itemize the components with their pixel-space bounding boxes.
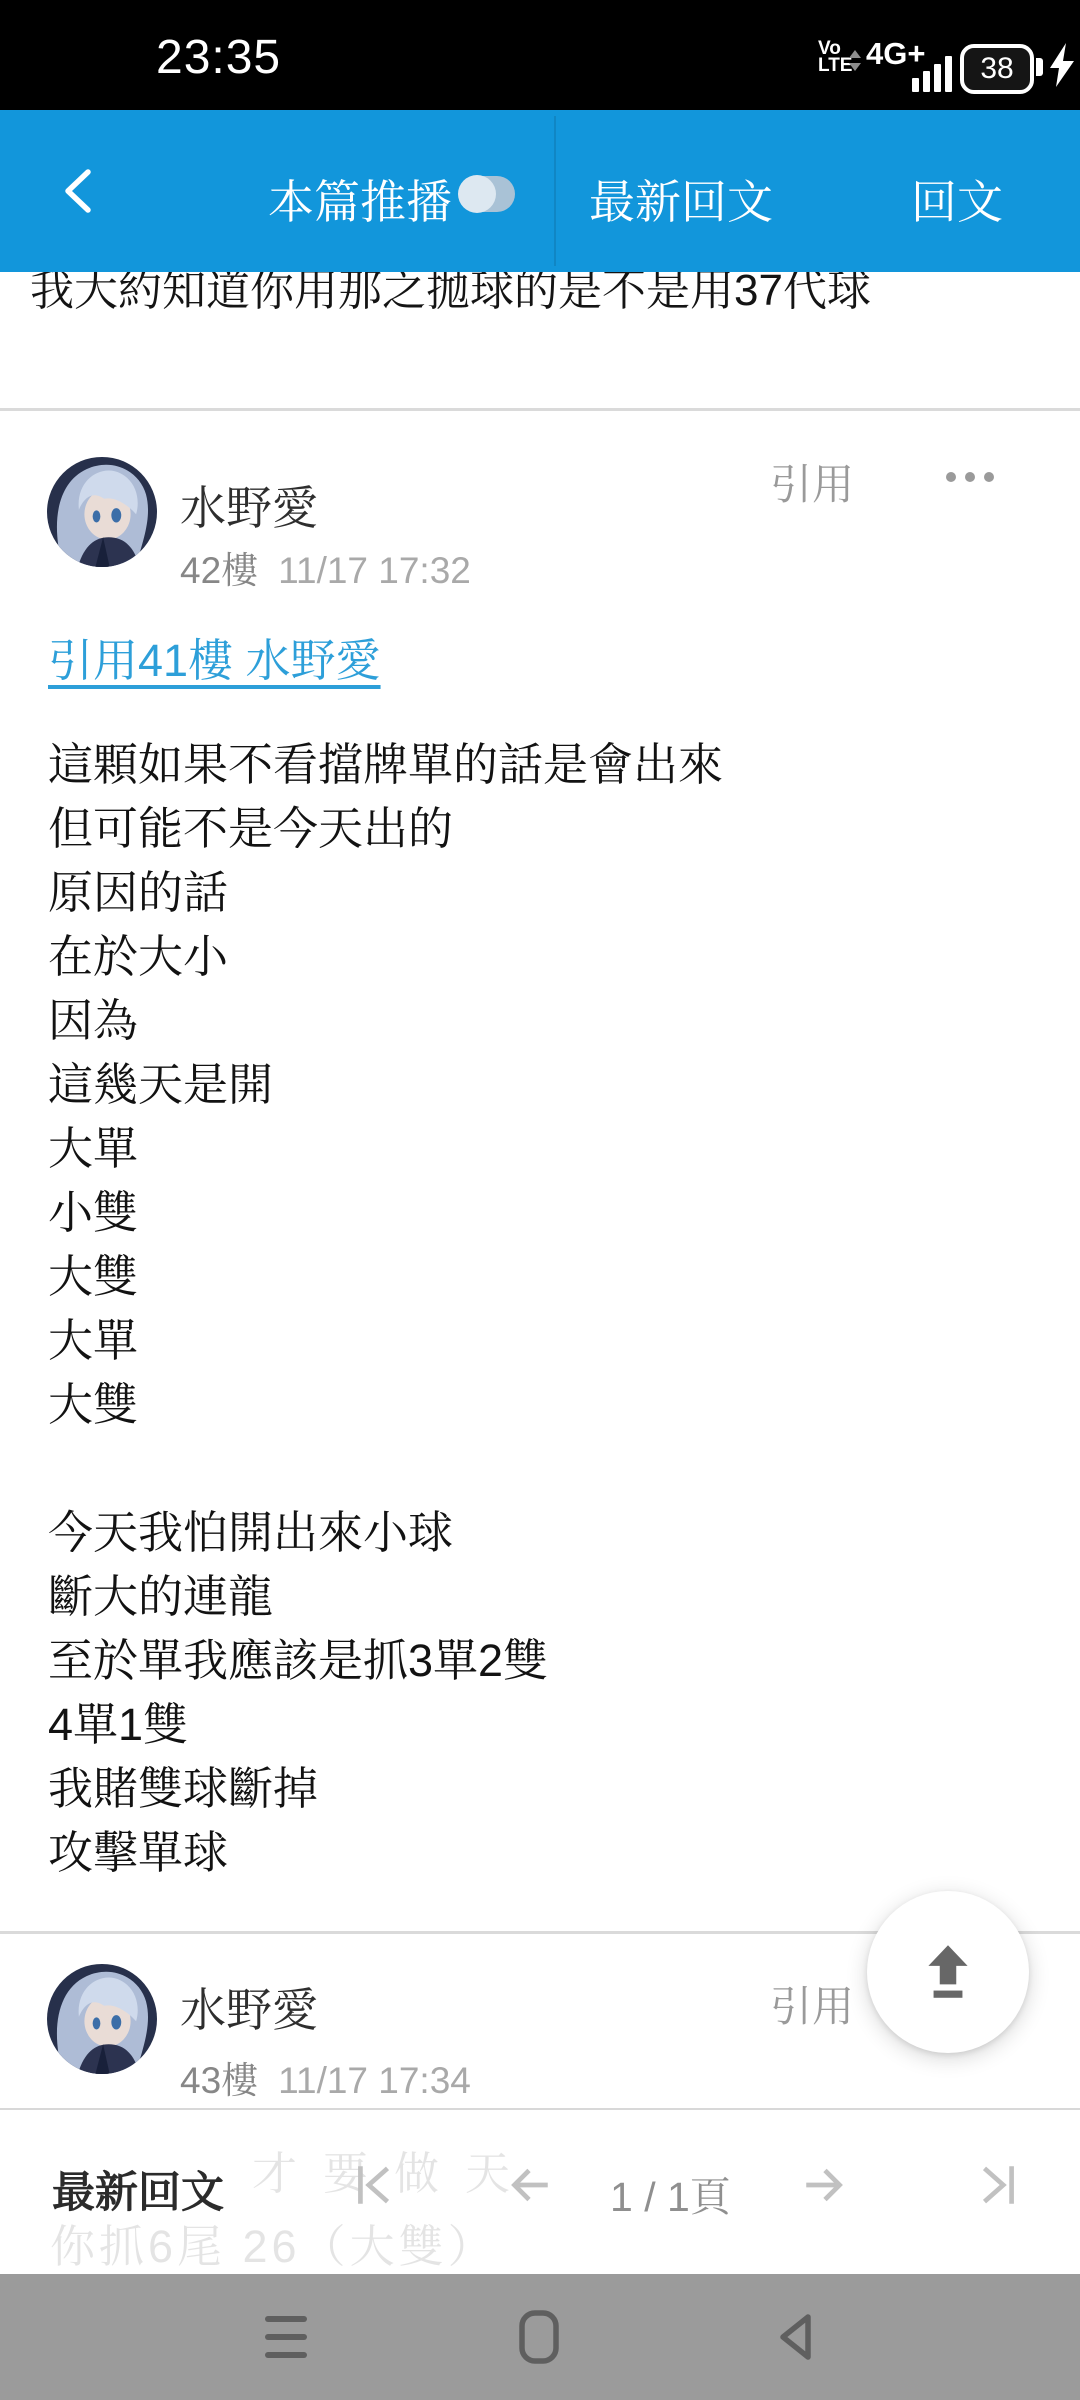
- post-body-line: 大單: [48, 1309, 723, 1373]
- post-body-line: 今天我怕開出來小球: [48, 1501, 723, 1565]
- avatar[interactable]: [47, 457, 157, 567]
- post-body-line: 這幾天是開: [48, 1053, 723, 1117]
- post-body-line: 在於大小: [48, 925, 723, 989]
- quoted-floor-link[interactable]: 引用41樓 水野愛: [48, 624, 381, 689]
- post-body-line: 因為: [48, 989, 723, 1053]
- app-header: 本篇推播 最新回文 回文: [0, 110, 1080, 272]
- android-nav-bar: [0, 2274, 1080, 2400]
- post-author[interactable]: 水野愛: [180, 1974, 318, 2040]
- thread-push-label: 本篇推播: [268, 166, 452, 232]
- battery-nub: [1036, 58, 1043, 76]
- post-body-line: 但可能不是今天出的: [48, 797, 723, 861]
- more-options-icon[interactable]: [946, 472, 994, 482]
- post-body-line: 這顆如果不看擋牌單的話是會出來: [48, 733, 723, 797]
- post-author[interactable]: 水野愛: [180, 472, 318, 538]
- post-divider: [0, 408, 1080, 411]
- back-icon[interactable]: [56, 167, 104, 215]
- signal-bars-icon: [912, 54, 964, 92]
- quote-button[interactable]: 引用: [770, 1974, 854, 2034]
- scroll-to-top-button[interactable]: [867, 1891, 1029, 2053]
- next-page-icon[interactable]: [800, 2160, 850, 2210]
- post-timestamp: 11/17 17:34: [278, 2060, 471, 2101]
- floor-number: 43樓: [180, 2060, 258, 2101]
- last-page-icon[interactable]: [972, 2160, 1022, 2210]
- reply-button[interactable]: 回文: [911, 166, 1003, 232]
- quote-button[interactable]: 引用: [770, 452, 854, 512]
- post-meta: 43樓11/17 17:34: [180, 2050, 471, 2104]
- post-body-line: 大單: [48, 1117, 723, 1181]
- battery-icon: 38: [960, 44, 1034, 94]
- post-body-line: 大雙: [48, 1373, 723, 1437]
- data-activity-icon: [849, 50, 861, 71]
- status-bar: 23:35 Vo LTE 4G+ 38: [0, 0, 1080, 110]
- post-timestamp: 11/17 17:32: [278, 550, 471, 591]
- post-body-line: 小雙: [48, 1181, 723, 1245]
- post-body-line: 原因的話: [48, 861, 723, 925]
- clock: 23:35: [156, 30, 281, 85]
- post-body-line: 大雙: [48, 1245, 723, 1309]
- post-body-line: 斷大的連龍: [48, 1565, 723, 1629]
- post-body: 這顆如果不看擋牌單的話是會出來但可能不是今天出的原因的話在於大小因為這幾天是開大…: [48, 733, 723, 1885]
- home-icon[interactable]: [518, 2309, 560, 2365]
- post-body-line: 攻擊單球: [48, 1821, 723, 1885]
- back-triangle-icon[interactable]: [773, 2310, 821, 2364]
- upload-arrow-icon: [915, 1939, 981, 2005]
- battery-percent: 38: [980, 52, 1013, 86]
- header-divider: [554, 116, 556, 266]
- phone-screen: 23:35 Vo LTE 4G+ 38 本篇推播 最新回文 回文: [0, 0, 1080, 2400]
- latest-replies-label: 最新回文: [52, 2159, 224, 2220]
- floor-number: 42樓: [180, 550, 258, 591]
- post-meta: 42樓11/17 17:32: [180, 540, 471, 594]
- avatar[interactable]: [47, 1964, 157, 2074]
- latest-replies-button[interactable]: 最新回文: [589, 166, 773, 232]
- first-page-icon[interactable]: [350, 2160, 400, 2210]
- push-notification-toggle[interactable]: [459, 176, 515, 212]
- charging-bolt-icon: [1046, 42, 1078, 88]
- page-indicator: 1 / 1頁: [610, 2164, 731, 2223]
- volte-icon: Vo LTE: [818, 40, 852, 74]
- post-body-line: 我賭雙球斷掉: [48, 1757, 723, 1821]
- recents-menu-icon[interactable]: [264, 2314, 308, 2360]
- post-body-line: 至於單我應該是抓3單2雙: [48, 1629, 723, 1693]
- post-body-line: 4單1雙: [48, 1693, 723, 1757]
- previous-page-icon[interactable]: [504, 2160, 554, 2210]
- post-body-line: [48, 1437, 723, 1501]
- toggle-knob: [458, 175, 496, 213]
